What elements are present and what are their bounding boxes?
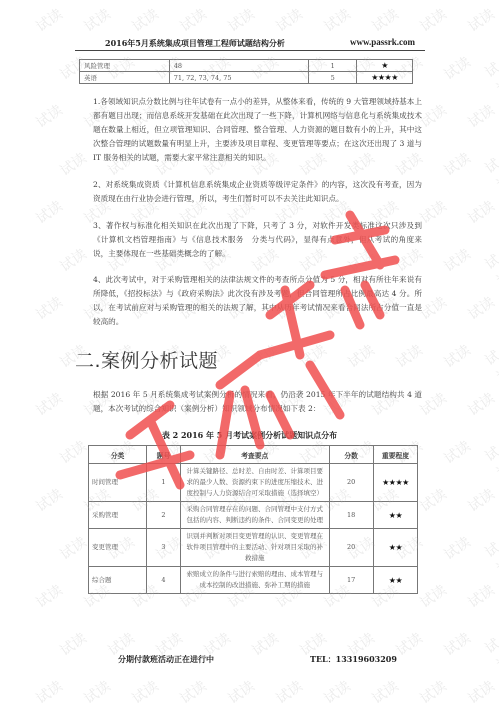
watermark-tile: 试读 bbox=[464, 676, 498, 706]
watermark-tile: 试读 bbox=[481, 154, 499, 195]
watermark-tile: 试读 bbox=[32, 676, 66, 706]
footer-promo: 分期付款班活动正在进行中 bbox=[118, 654, 214, 665]
watermark-tile: 试读 bbox=[464, 4, 498, 36]
watermark-tile: 试读 bbox=[320, 4, 354, 36]
watermark-tile: 试读 bbox=[440, 244, 474, 276]
watermark-tile: 试读 bbox=[368, 4, 402, 36]
header-title: 2016年5月系统集成项目管理工程师试题结构分析 bbox=[105, 38, 285, 49]
watermark-tile: 试读 bbox=[344, 340, 378, 372]
cell-questions: 48 bbox=[169, 60, 309, 72]
paragraph-1: 1.各领域知识点分数比例与往年试卷有一点小的差异，从整体来看，传统的 9 大管理… bbox=[78, 95, 422, 165]
watermark-tile: 试读 bbox=[296, 340, 330, 372]
watermark-tile: 试读 bbox=[416, 4, 450, 36]
cell-no: 1 bbox=[147, 464, 181, 502]
watermark-tile: 试读 bbox=[32, 580, 66, 612]
paragraph-text: 4、此次考试中，对于采购管理相关的法律法规文件的考查所点分值为 5 分，相对有所… bbox=[78, 273, 422, 329]
cell-count: 1 bbox=[309, 60, 357, 72]
cell-area: 英语 bbox=[80, 72, 170, 84]
paragraph-text: 3、著作权与标准化相关知识在此次出现了下降，只考了 3 分，对软件开发类标准这次… bbox=[78, 219, 422, 261]
cell-points: 索赔成立的条件与进行索赔的理由、成本管理与成本控制的改进措施、弥补工期的措施 bbox=[180, 567, 329, 594]
table-row: 时间管理 1 计算关键路径、总时差、自由时差、计算项目要求的最少人数、资源约束下… bbox=[89, 464, 418, 502]
cell-points: 识别并判断对项目变更管理的认识、变更管理在软件项目管理中的主要活动、针对项目采取… bbox=[180, 529, 329, 567]
cell-category: 变更管理 bbox=[89, 529, 147, 567]
watermark-tile: 试读 bbox=[481, 538, 499, 579]
section-heading: 二.案例分析试题 bbox=[75, 346, 218, 373]
watermark-tile: 试读 bbox=[368, 676, 402, 706]
paragraph-4: 4、此次考试中，对于采购管理相关的法律法规文件的考查所点分值为 5 分，相对有所… bbox=[78, 273, 422, 329]
paragraph-2: 2、对系统集成资质《计算机信息系统集成企业资质等级评定条件》的内容，这次没有考查… bbox=[78, 178, 422, 206]
cell-importance: ★★★★ bbox=[373, 464, 417, 502]
paragraph-3: 3、著作权与标准化相关知识在此次出现了下降，只考了 3 分，对软件开发类标准这次… bbox=[78, 219, 422, 261]
watermark-tile: 试读 bbox=[440, 148, 474, 180]
watermark-tile: 试读 bbox=[416, 676, 450, 706]
cell-category: 综合题 bbox=[89, 567, 147, 594]
watermark-tile: 试读 bbox=[176, 676, 210, 706]
cell-importance: ★ bbox=[357, 60, 413, 72]
watermark-tile: 试读 bbox=[416, 484, 450, 516]
watermark-tile: 试读 bbox=[80, 4, 114, 36]
cell-score: 18 bbox=[329, 502, 373, 529]
paragraph-text: 根据 2016 年 5 月系统集成考试案例分析的情况来看，仍沿袭 2015 年下… bbox=[78, 388, 422, 416]
paragraph-text: 1.各领域知识点分数比例与往年试卷有一点小的差异，从整体来看，传统的 9 大管理… bbox=[78, 95, 422, 165]
watermark-tile: 试读 bbox=[464, 388, 498, 420]
watermark-tile: 试读 bbox=[320, 676, 354, 706]
cell-no: 3 bbox=[147, 529, 181, 567]
cell-questions: 71, 72, 73, 74, 75 bbox=[169, 72, 309, 84]
watermark-tile: 试读 bbox=[176, 4, 210, 36]
header-score: 分数 bbox=[329, 446, 373, 464]
cell-count: 5 bbox=[309, 72, 357, 84]
watermark-tile: 试读 bbox=[416, 580, 450, 612]
watermark-tile: 试读 bbox=[440, 340, 474, 372]
watermark-tile: 试读 bbox=[464, 196, 498, 228]
watermark-tile: 试读 bbox=[248, 340, 282, 372]
cell-score: 20 bbox=[329, 464, 373, 502]
watermark-tile: 试读 bbox=[224, 4, 258, 36]
cell-area: 风险管理 bbox=[80, 60, 170, 72]
table-continued: 风险管理 48 1 ★ 英语 71, 72, 73, 74, 75 5 ★★★★ bbox=[79, 59, 413, 84]
watermark-tile: 试读 bbox=[440, 532, 474, 564]
table-header-row: 分类 题号 考查要点 分数 重要程度 bbox=[89, 446, 418, 464]
watermark-tile: 试读 bbox=[224, 676, 258, 706]
watermark-tile: 试读 bbox=[272, 4, 306, 36]
table-caption: 表 2 2016 年 5 月考试案例分析试题知识点分布 bbox=[0, 430, 499, 441]
paragraph-text: 2、对系统集成资质《计算机信息系统集成企业资质等级评定条件》的内容，这次没有考查… bbox=[78, 178, 422, 206]
table-row: 风险管理 48 1 ★ bbox=[80, 60, 413, 72]
cell-score: 17 bbox=[329, 567, 373, 594]
table-row: 综合题 4 索赔成立的条件与进行索赔的理由、成本管理与成本控制的改进措施、弥补工… bbox=[89, 567, 418, 594]
page-header: 2016年5月系统集成项目管理工程师试题结构分析 www.passrk.com bbox=[75, 38, 425, 51]
watermark-tile: 试读 bbox=[80, 676, 114, 706]
cell-no: 2 bbox=[147, 502, 181, 529]
cell-importance: ★★ bbox=[373, 567, 417, 594]
cell-no: 4 bbox=[147, 567, 181, 594]
watermark-tile: 试读 bbox=[464, 580, 498, 612]
watermark-tile: 试读 bbox=[56, 532, 90, 564]
watermark-tile: 试读 bbox=[248, 628, 282, 660]
footer-tel: TEL：13319603209 bbox=[310, 654, 397, 665]
watermark-tile: 试读 bbox=[32, 4, 66, 36]
watermark-tile: 试读 bbox=[464, 484, 498, 516]
watermark-tile: 试读 bbox=[128, 4, 162, 36]
watermark-tile: 试读 bbox=[272, 676, 306, 706]
watermark-tile: 试读 bbox=[481, 250, 499, 291]
watermark-tile: 试读 bbox=[32, 484, 66, 516]
watermark-tile: 试读 bbox=[440, 628, 474, 660]
cell-importance: ★★★★ bbox=[357, 72, 413, 84]
watermark-tile: 试读 bbox=[481, 58, 499, 99]
cell-score: 20 bbox=[329, 529, 373, 567]
cell-category: 采购管理 bbox=[89, 502, 147, 529]
cell-importance: ★★ bbox=[373, 502, 417, 529]
watermark-tile: 试读 bbox=[481, 442, 499, 483]
watermark-tile: 试读 bbox=[464, 292, 498, 324]
cell-importance: ★★ bbox=[373, 529, 417, 567]
watermark-tile: 试读 bbox=[392, 340, 426, 372]
table-row: 变更管理 3 识别并判断对项目变更管理的认识、变更管理在软件项目管理中的主要活动… bbox=[89, 529, 418, 567]
header-points: 考查要点 bbox=[180, 446, 329, 464]
watermark-tile: 试读 bbox=[481, 634, 499, 675]
watermark-tile: 试读 bbox=[32, 100, 66, 132]
watermark-tile: 试读 bbox=[32, 196, 66, 228]
header-site: www.passrk.com bbox=[350, 37, 415, 47]
header-category: 分类 bbox=[89, 446, 147, 464]
watermark-tile: 试读 bbox=[440, 52, 474, 84]
cell-points: 采购合同管理存在的问题、合同管理中支付方式包括的内容、判断违约的条件、合同变更的… bbox=[180, 502, 329, 529]
cell-category: 时间管理 bbox=[89, 464, 147, 502]
watermark-tile: 试读 bbox=[32, 292, 66, 324]
watermark-tile: 试读 bbox=[464, 100, 498, 132]
watermark-tile: 试读 bbox=[32, 388, 66, 420]
paragraph-5: 根据 2016 年 5 月系统集成考试案例分析的情况来看，仍沿袭 2015 年下… bbox=[78, 388, 422, 416]
table-row: 英语 71, 72, 73, 74, 75 5 ★★★★ bbox=[80, 72, 413, 84]
cell-points: 计算关键路径、总时差、自由时差、计算项目要求的最少人数、资源约束下的进度压缩技术… bbox=[180, 464, 329, 502]
case-analysis-table: 分类 题号 考查要点 分数 重要程度 时间管理 1 计算关键路径、总时差、自由时… bbox=[88, 445, 418, 594]
table-row: 采购管理 2 采购合同管理存在的问题、合同管理中支付方式包括的内容、判断违约的条… bbox=[89, 502, 418, 529]
watermark-tile: 试读 bbox=[128, 676, 162, 706]
watermark-tile: 试读 bbox=[481, 346, 499, 387]
header-no: 题号 bbox=[147, 446, 181, 464]
header-importance: 重要程度 bbox=[373, 446, 417, 464]
watermark-tile: 试读 bbox=[56, 628, 90, 660]
